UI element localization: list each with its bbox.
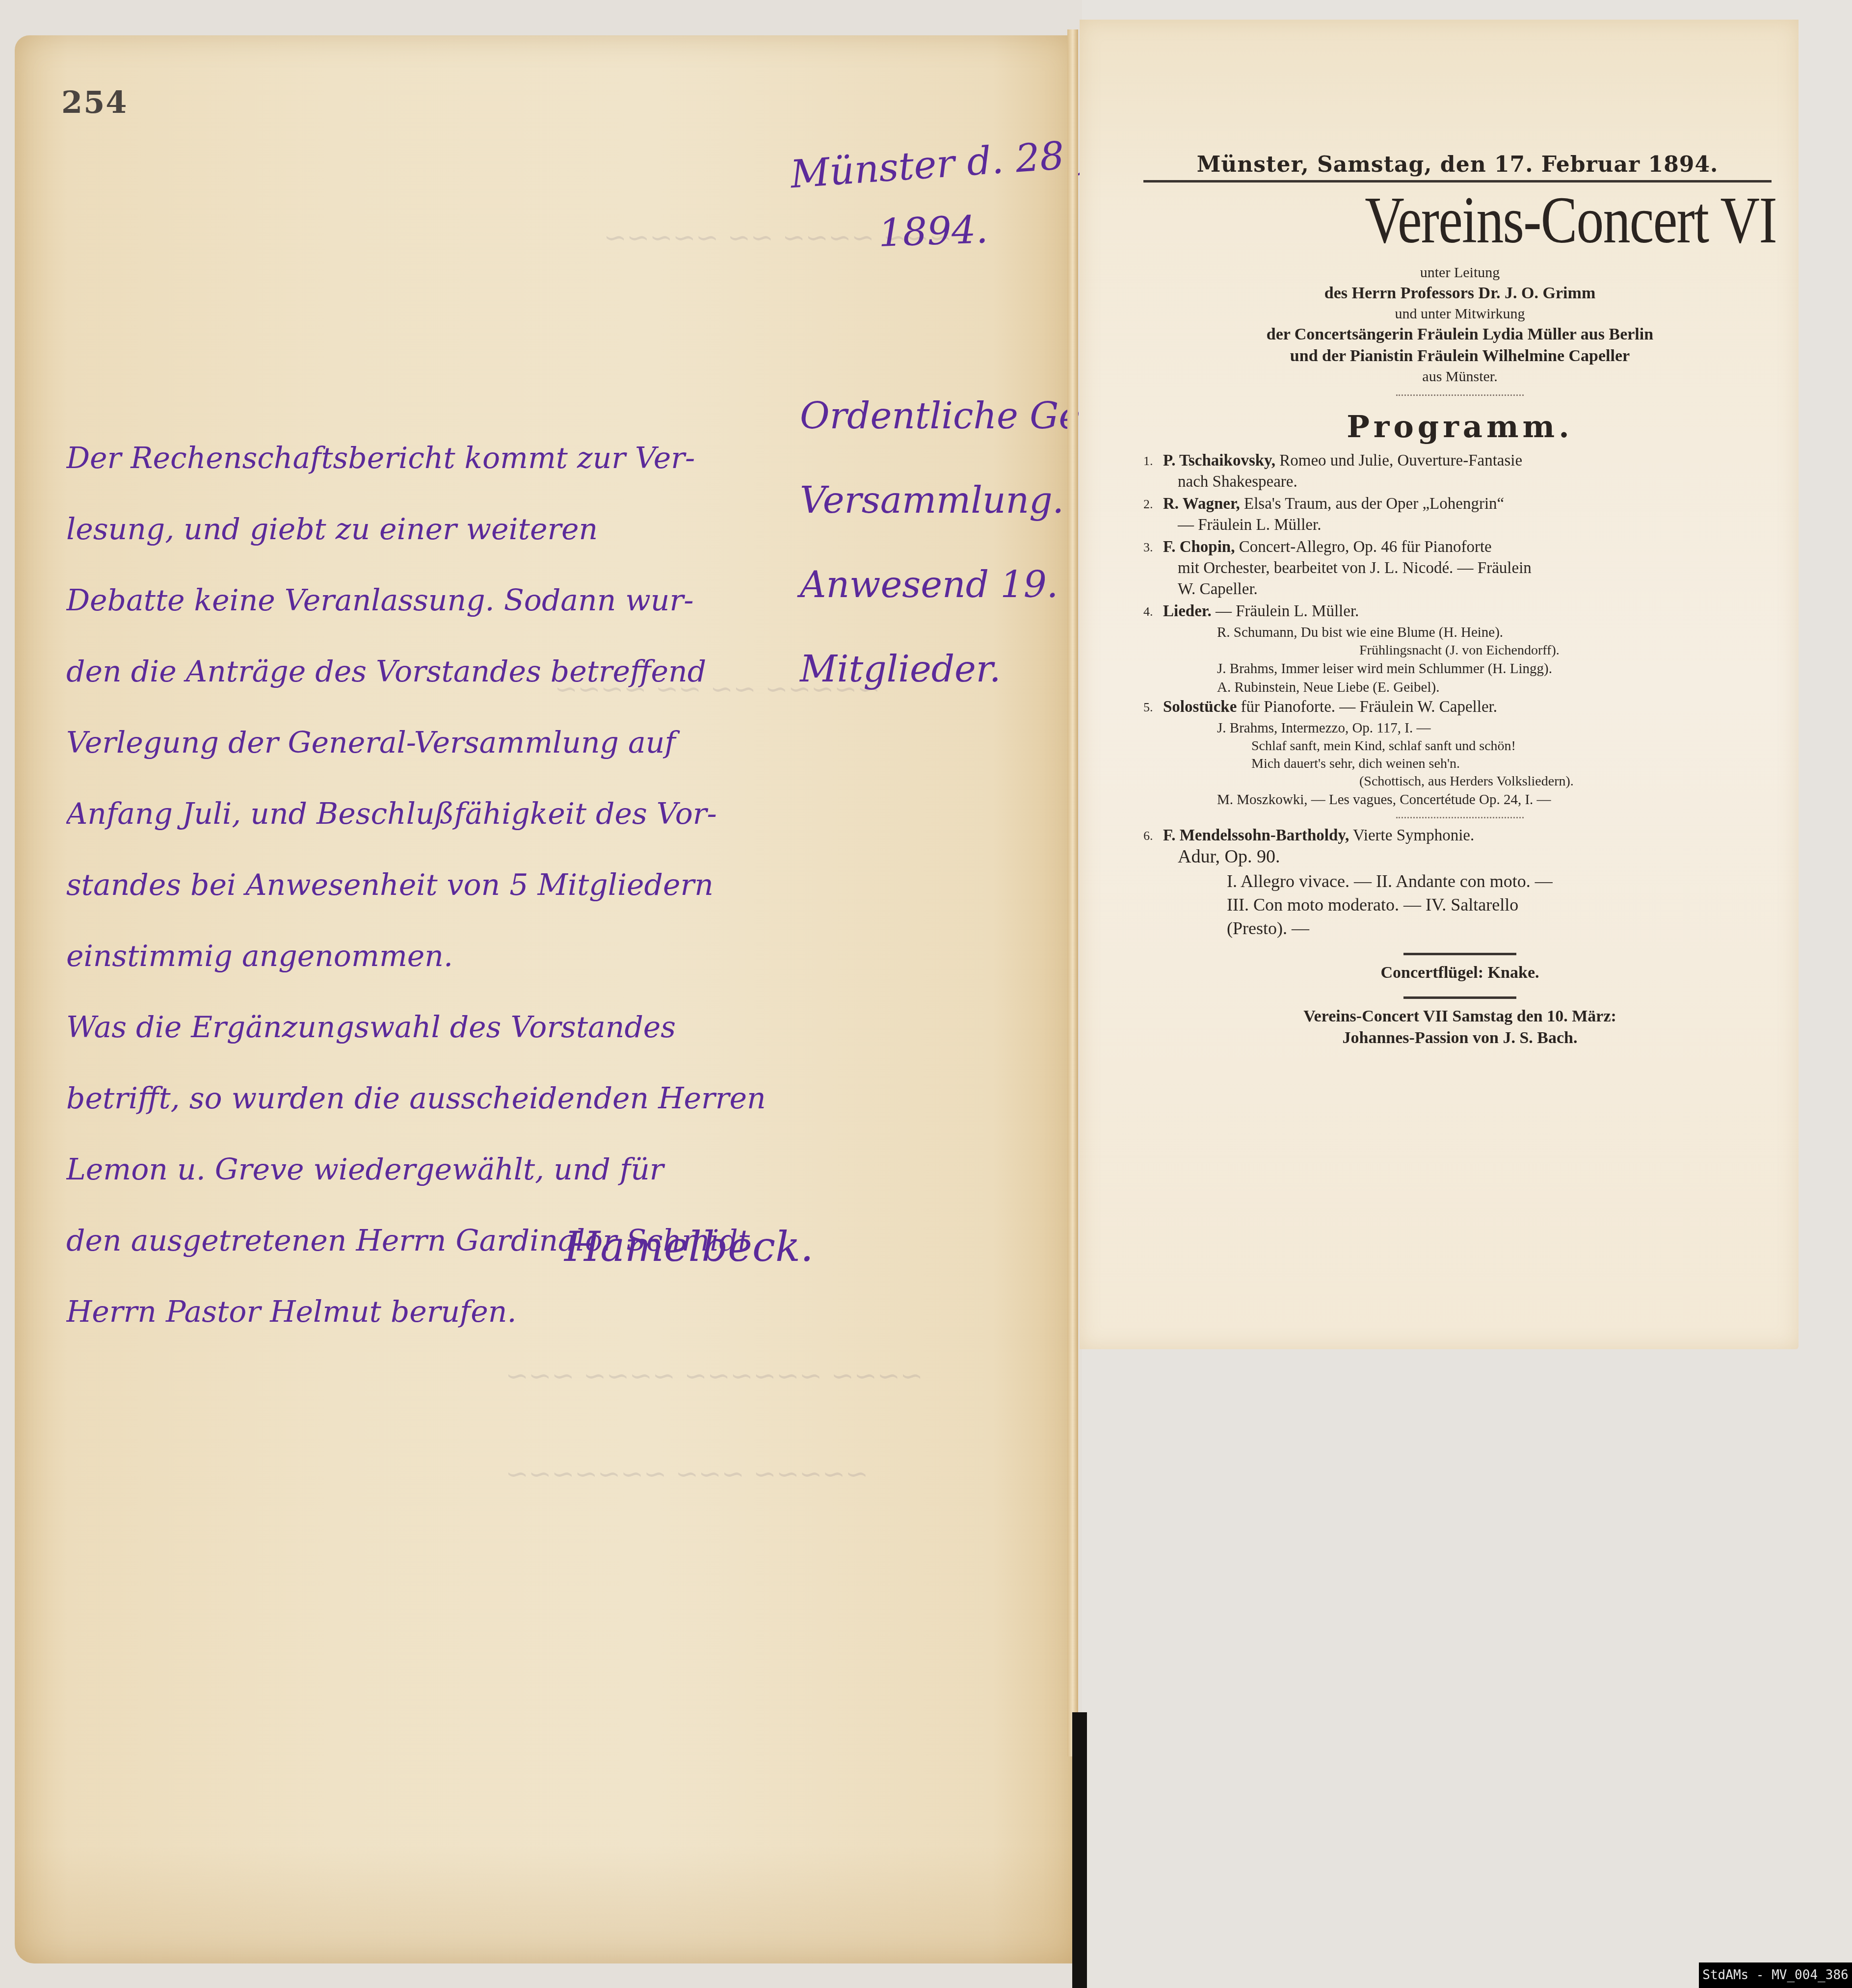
work-detail: — Fräulein L. Müller. bbox=[1163, 516, 1321, 534]
program-heading: Programm. bbox=[1143, 409, 1776, 445]
ornament-divider bbox=[1396, 813, 1524, 818]
movement-line: III. Con moto moderato. — IV. Saltarello bbox=[1143, 893, 1776, 916]
movement-line: (Presto). — bbox=[1143, 916, 1776, 940]
program-credits: unter Leitung des Herrn Professors Dr. J… bbox=[1143, 263, 1776, 396]
margin-note: Ordentliche General Versammlung. Anwesen… bbox=[800, 374, 1075, 711]
spine-edge bbox=[1067, 29, 1078, 1756]
minutes-line: betrifft, so wurden die ausscheidenden H… bbox=[66, 1063, 793, 1134]
conductor: des Herrn Professors Dr. J. O. Grimm bbox=[1143, 283, 1776, 304]
solo-motto-source: (Schottisch, aus Herders Volksliedern). bbox=[1143, 773, 1776, 790]
margin-note-line: Versammlung. bbox=[800, 458, 1075, 543]
work-detail: mit Orchester, bearbeitet von J. L. Nico… bbox=[1163, 559, 1532, 577]
bleed-through-text: ~~~~ ~~~~~~ ~~~~ ~~~ bbox=[505, 1360, 923, 1392]
solo-motto: Schlaf sanft, mein Kind, schlaf sanft un… bbox=[1143, 737, 1776, 755]
solo-piece: M. Moszkowki, — Les vagues, Concertétude… bbox=[1143, 790, 1776, 809]
item-number: 4. bbox=[1143, 601, 1163, 622]
work-title: für Pianoforte. — Fräulein W. Capeller. bbox=[1241, 698, 1497, 716]
minutes-line: Der Rechenschaftsbericht kommt zur Ver- bbox=[66, 423, 793, 494]
work-title: Vierte Symphonie. bbox=[1353, 827, 1474, 844]
direction-intro: unter Leitung bbox=[1143, 263, 1776, 283]
composer: Solostücke bbox=[1163, 698, 1237, 716]
solo-motto: Mich dauert's sehr, dich weinen seh'n. bbox=[1143, 755, 1776, 773]
minutes-line: Debatte keine Veranlassung. Sodann wur- bbox=[66, 565, 793, 636]
lied: A. Rubinstein, Neue Liebe (E. Geibel). bbox=[1143, 678, 1776, 697]
work-title: Concert-Allegro, Op. 46 für Pianoforte bbox=[1239, 538, 1492, 556]
solo-piece: J. Brahms, Intermezzo, Op. 117, I. — bbox=[1143, 719, 1776, 737]
minutes-line: den die Anträge des Vorstandes betreffen… bbox=[66, 636, 793, 707]
lied: R. Schumann, Du bist wie eine Blume (H. … bbox=[1143, 623, 1776, 642]
movement-line: I. Allegro vivace. — II. Andante con mot… bbox=[1143, 869, 1776, 893]
piano-note: Concertflügel: Knake. bbox=[1143, 962, 1776, 984]
archive-label: StdAMs - MV_004_386 bbox=[1699, 1962, 1852, 1988]
item-number: 6. bbox=[1143, 825, 1163, 846]
minutes-body: Der Rechenschaftsbericht kommt zur Ver- … bbox=[66, 423, 793, 1348]
lied: J. Brahms, Immer leiser wird mein Schlum… bbox=[1143, 659, 1776, 678]
composer: R. Wagner, bbox=[1163, 495, 1240, 513]
pianist-origin: aus Münster. bbox=[1143, 367, 1776, 387]
dateline-year: 1894. bbox=[877, 208, 988, 256]
item-number: 3. bbox=[1143, 537, 1163, 558]
concert-program: Münster, Samstag, den 17. Februar 1894. … bbox=[1080, 20, 1799, 1349]
next-concert-work: Johannes-Passion von J. S. Bach. bbox=[1143, 1027, 1776, 1049]
composer: Lieder. bbox=[1163, 602, 1212, 620]
item-number: 2. bbox=[1143, 494, 1163, 515]
composer: P. Tschaikovsky, bbox=[1163, 452, 1275, 470]
divider bbox=[1403, 996, 1516, 999]
program-dateline: Münster, Samstag, den 17. Februar 1894. bbox=[1143, 152, 1772, 183]
singer: der Concertsängerin Fräulein Lydia Mülle… bbox=[1143, 324, 1776, 345]
margin-note-line: Ordentliche General bbox=[800, 374, 1075, 458]
program-item-4: 4. Lieder. — Fräulein L. Müller. bbox=[1143, 601, 1776, 622]
minutes-line: Lemon u. Greve wiedergewählt, und für bbox=[66, 1134, 793, 1205]
minutes-line: standes bei Anwesenheit von 5 Mitglieder… bbox=[66, 850, 793, 921]
minutes-line: Verlegung der General-Versammlung auf bbox=[66, 707, 793, 779]
composer: F. Mendelssohn-Bartholdy, bbox=[1163, 827, 1349, 844]
page-number: 254 bbox=[61, 84, 128, 120]
next-concert: Vereins-Concert VII Samstag den 10. März… bbox=[1143, 1006, 1776, 1027]
program-item-1: 1. P. Tschaikovsky, Romeo und Julie, Ouv… bbox=[1143, 450, 1776, 493]
work-detail: nach Shakespeare. bbox=[1163, 473, 1297, 491]
lied: Frühlingsnacht (J. von Eichendorff). bbox=[1143, 642, 1776, 659]
minutes-line: Was die Ergänzungswahl des Vorstandes bbox=[66, 992, 793, 1063]
work-title: Elsa's Traum, aus der Oper „Lohengrin“ bbox=[1244, 495, 1504, 513]
archival-scan: 254 ~~~ ~~~~ ~~ ~~~~~ ~~~~~ ~~ ~~ ~~~~ ~… bbox=[0, 0, 1852, 1988]
ledger-page: 254 ~~~ ~~~~ ~~ ~~~~~ ~~~~~ ~~ ~~ ~~~~ ~… bbox=[15, 35, 1077, 1963]
minutes-line: lesung, und giebt zu einer weiteren bbox=[66, 494, 793, 565]
program-item-6: 6. F. Mendelssohn-Bartholdy, Vierte Symp… bbox=[1143, 825, 1776, 868]
divider bbox=[1403, 953, 1516, 955]
assist-intro: und unter Mitwirkung bbox=[1143, 304, 1776, 324]
program-title: Vereins-Concert VI bbox=[1257, 183, 1776, 257]
work-title: Romeo und Julie, Ouverture-Fantasie bbox=[1279, 452, 1522, 470]
work-detail: W. Capeller. bbox=[1163, 580, 1258, 598]
margin-note-line: Mitglieder. bbox=[800, 627, 1075, 711]
composer: F. Chopin, bbox=[1163, 538, 1235, 556]
margin-note-line: Anwesend 19. bbox=[800, 543, 1075, 627]
signature: Hamelbeck. bbox=[564, 1223, 814, 1271]
minutes-line: einstimmig angenommen. bbox=[66, 921, 793, 992]
bleed-through-text: ~~~~~ ~~~ ~~~~~~~ bbox=[505, 1458, 868, 1490]
work-title: — Fräulein L. Müller. bbox=[1216, 602, 1359, 620]
minutes-line: Anfang Juli, und Beschlußfähigkeit des V… bbox=[66, 779, 793, 850]
minutes-line: Herrn Pastor Helmut berufen. bbox=[66, 1277, 793, 1348]
program-item-2: 2. R. Wagner, Elsa's Traum, aus der Oper… bbox=[1143, 494, 1776, 536]
work-detail: Adur, Op. 90. bbox=[1163, 846, 1280, 867]
item-number: 1. bbox=[1143, 450, 1163, 471]
pianist: und der Pianistin Fräulein Wilhelmine Ca… bbox=[1143, 345, 1776, 367]
ornament-divider bbox=[1396, 391, 1524, 396]
item-number: 5. bbox=[1143, 697, 1163, 718]
program-item-5: 5. Solostücke für Pianoforte. — Fräulein… bbox=[1143, 697, 1776, 718]
spine-shadow bbox=[1072, 1712, 1087, 1988]
program-item-3: 3. F. Chopin, Concert-Allegro, Op. 46 fü… bbox=[1143, 537, 1776, 600]
